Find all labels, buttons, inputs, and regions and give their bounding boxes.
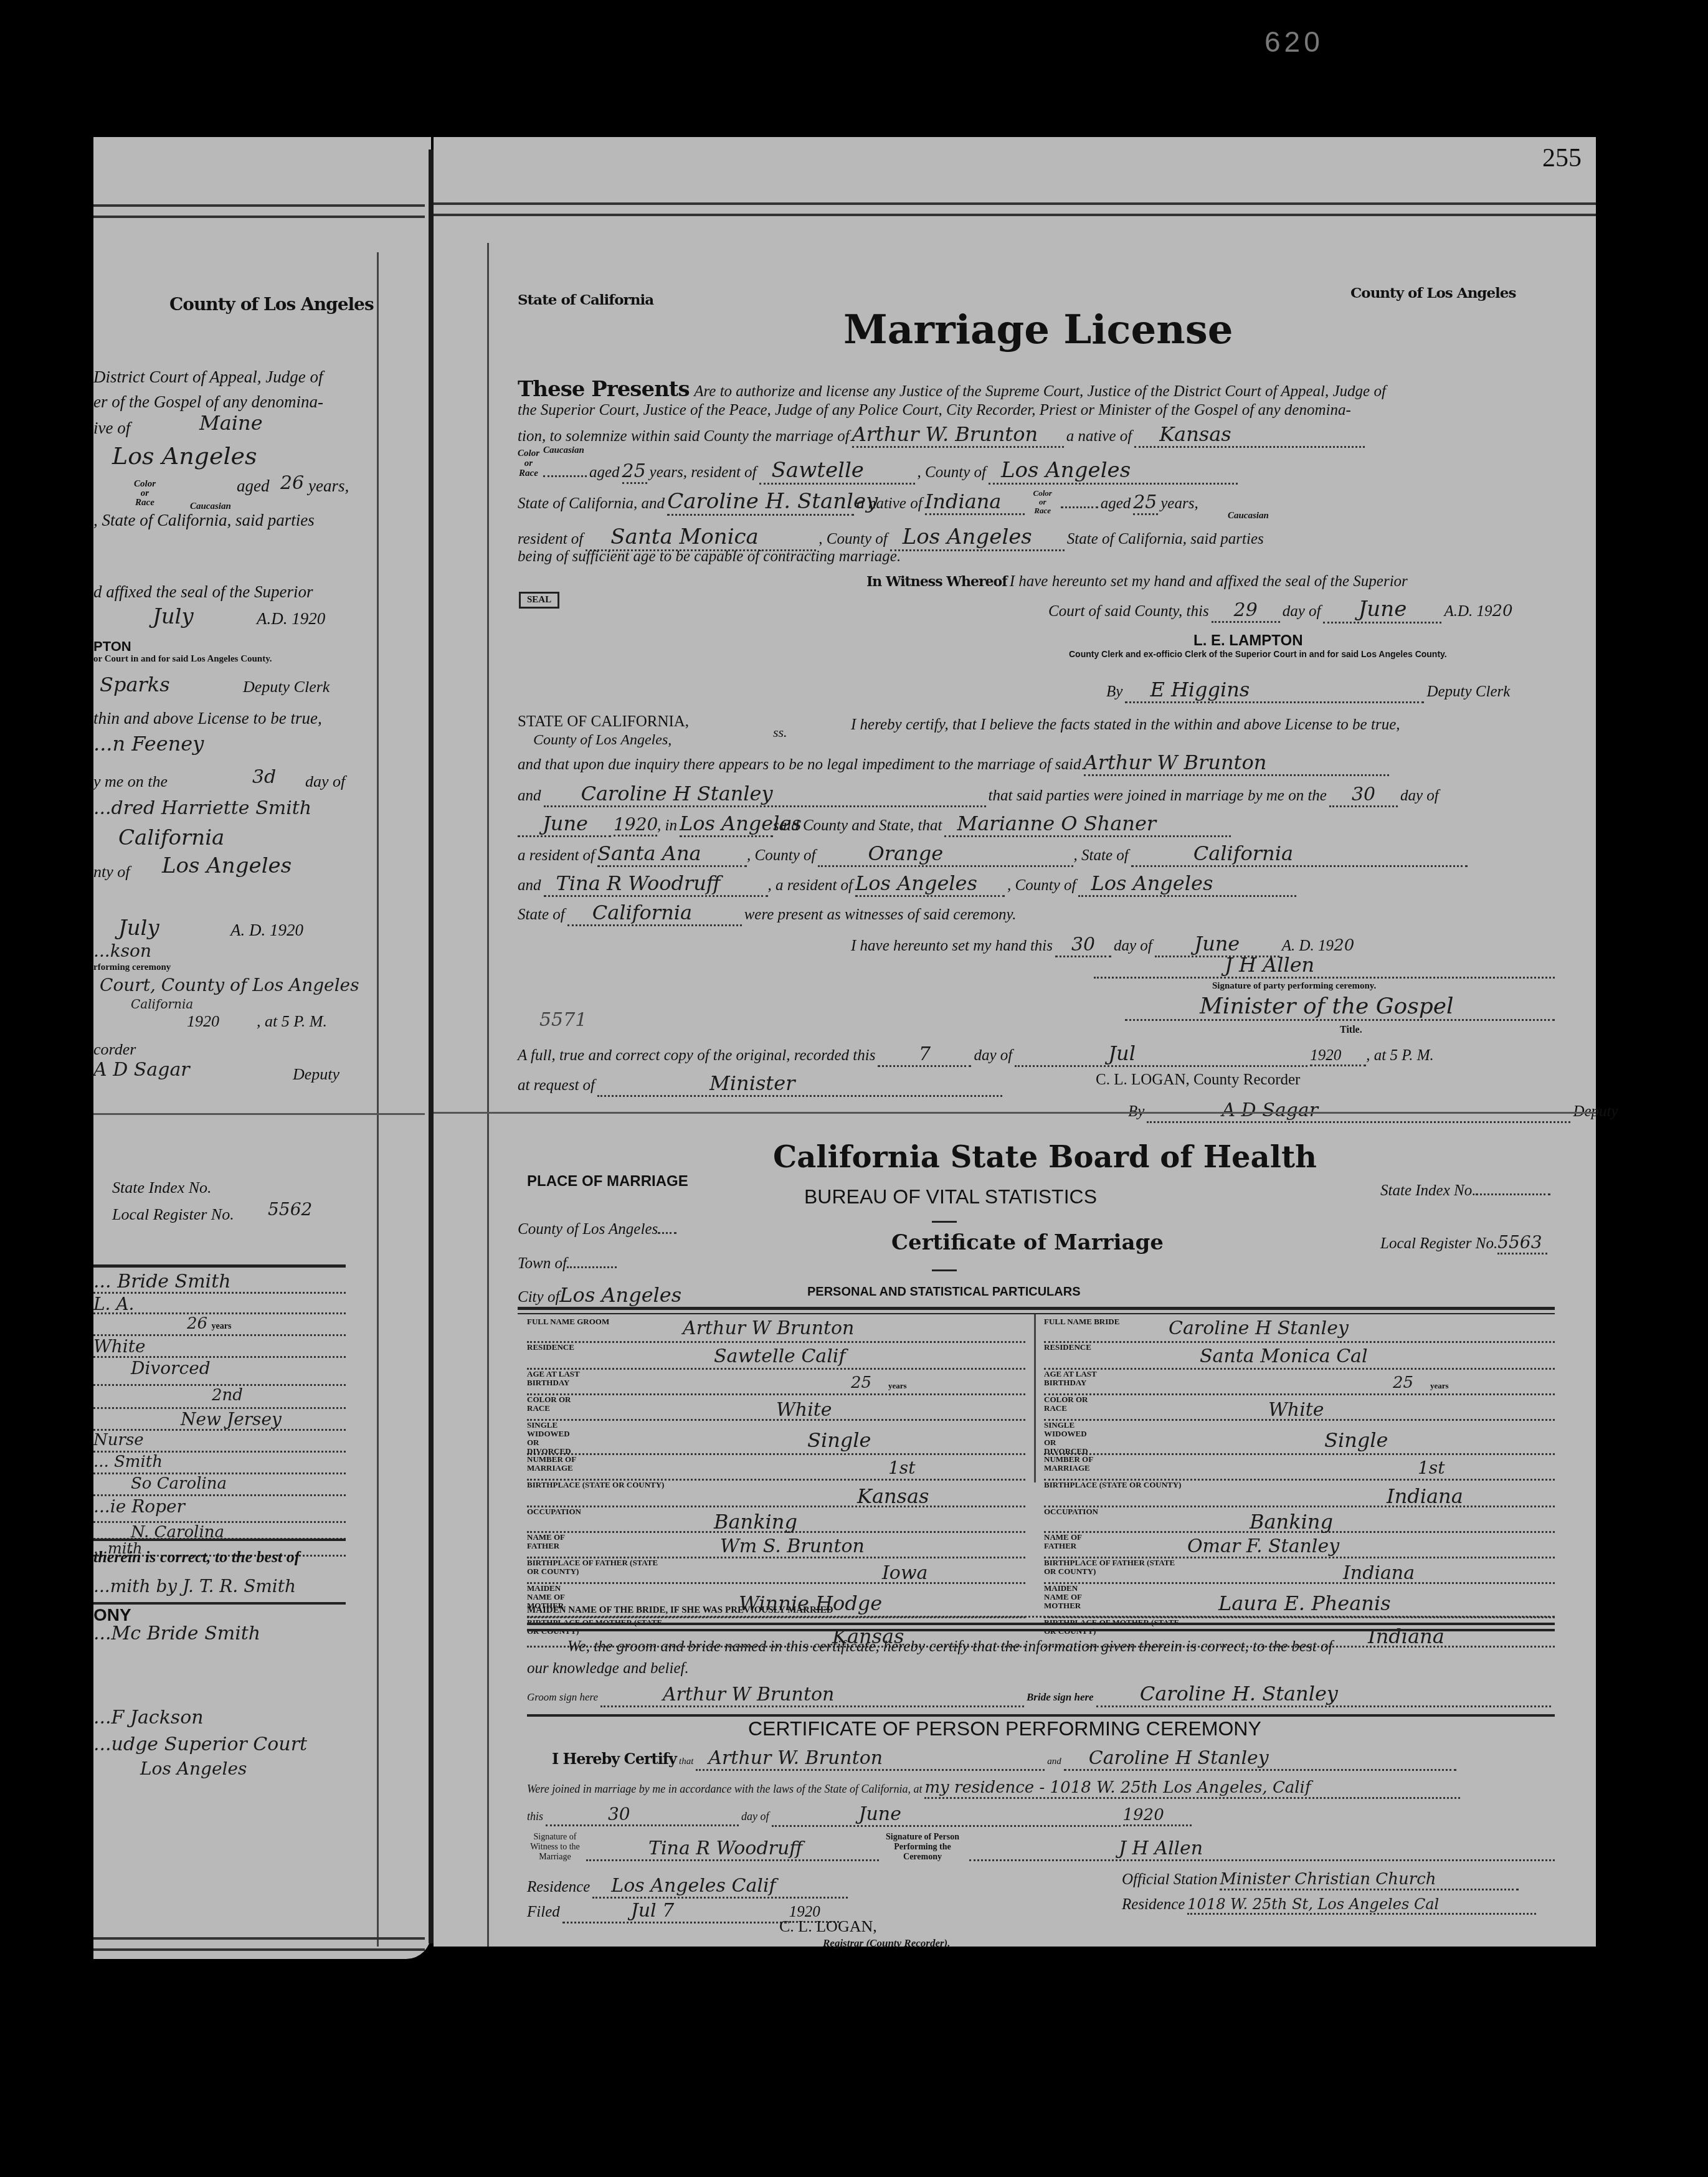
county-state-text: said County and State, that <box>773 817 942 834</box>
film-mark: 620 <box>1264 25 1324 59</box>
fragment-line: er of the Gospel of any denomina- <box>93 392 323 412</box>
field-value: 2nd <box>93 1386 346 1409</box>
fragment-line: District Court of Appeal, Judge of <box>93 368 323 387</box>
bride-name-field: Caroline H. Stanley <box>667 489 854 516</box>
witness-label: In Witness Whereof <box>866 574 1007 590</box>
color-race-label: ColororRace <box>518 448 539 478</box>
and-label: and <box>518 787 541 804</box>
intro-text: Are to authorize and license any Justice… <box>694 383 1386 400</box>
age-row: 26 years <box>93 1314 346 1336</box>
recorder-deputy-sig: A D Sagar <box>93 1059 190 1081</box>
deputy-signature: Sparks <box>100 673 170 696</box>
bride-father-row: NAME OF FATHER Omar F. Stanley <box>1044 1533 1555 1558</box>
field-value: ... Smith <box>93 1453 346 1474</box>
field-value: Banking <box>714 1510 797 1534</box>
margin-line <box>377 252 379 1947</box>
fragment-line: , State of California, said parties <box>93 511 315 530</box>
request-line: at request of Minister <box>518 1071 1002 1097</box>
official-station-line: Official Station Minister Christian Chur… <box>1122 1870 1519 1890</box>
groom-residence-row: RESIDENCE Sawtelle Calif <box>527 1343 1025 1370</box>
state-label: STATE OF CALIFORNIA, <box>518 713 689 731</box>
years-label: years, <box>308 477 349 496</box>
joined-text: that said parties were joined in marriag… <box>989 787 1327 804</box>
maiden-name-field: MAIDEN NAME OF THE BRIDE, IF SHE WAS PRE… <box>527 1605 1555 1618</box>
day-of-label: day of <box>1283 603 1321 620</box>
field-value: So Carolina <box>93 1474 346 1496</box>
intro-line-3: tion, to solemnize within said County th… <box>518 422 1365 448</box>
age-value: 26 <box>280 472 304 494</box>
seal-box: SEAL <box>519 592 559 609</box>
groom-age-field: 25 <box>622 460 647 484</box>
bride-native-field: Indiana <box>925 490 1025 515</box>
groom-details-line: aged 25 years, resident of Sawtelle , Co… <box>543 458 1238 485</box>
and-label: and <box>518 877 541 894</box>
color-race-label: ColororRace <box>1027 489 1058 515</box>
title-label: Title. <box>1340 1025 1362 1036</box>
intro-text: tion, to solemnize within said County th… <box>518 428 850 445</box>
state-index-label: State Index No. <box>112 1179 212 1197</box>
deputy-label: Deputy Clerk <box>1426 683 1510 700</box>
and-label: and <box>1047 1757 1061 1767</box>
column-divider <box>1034 1314 1036 1482</box>
witness1-city-field: Santa Ana <box>597 842 747 867</box>
month-value: July <box>153 604 194 629</box>
field-label: COLOR OR RACE <box>1044 1395 1100 1413</box>
bureau-label: BUREAU OF VITAL STATISTICS <box>804 1185 1097 1208</box>
state-of-label: , State of <box>1073 847 1128 864</box>
fragment-line: thin and above License to be true, <box>93 709 322 728</box>
hereby-certify-line: I Hereby Certify that Arthur W. Brunton … <box>552 1747 1456 1771</box>
recorded-day-field: 7 <box>878 1043 971 1067</box>
cert-title: Certificate of Marriage <box>891 1230 1164 1255</box>
particulars-label: PERSONAL AND STATISTICAL PARTICULARS <box>807 1285 1081 1299</box>
years-label: years <box>212 1322 232 1331</box>
handwritten-value: Maine <box>199 411 263 435</box>
groom-marriage-number-row: NUMBER OF MARRIAGE 1st <box>527 1455 1025 1481</box>
field-label: AGE AT LAST BIRTHDAY <box>1044 1370 1113 1387</box>
ceremony-date-line: this 30 day of June 1920 <box>527 1803 1192 1827</box>
intro-line-1: These Presents Are to authorize and lice… <box>518 377 1386 402</box>
in-label: , in <box>657 817 677 834</box>
state-and-label: State of California, and <box>518 495 665 512</box>
board-title: California State Board of Health <box>773 1140 1317 1175</box>
color-race-label: ColororRace <box>134 480 156 508</box>
recorded-year: 1920 <box>187 1012 219 1031</box>
field-label: SINGLE WIDOWED OR DIVORCED <box>1044 1421 1100 1456</box>
years-label: years <box>1430 1381 1449 1391</box>
county-of-label: , County of <box>747 847 815 864</box>
certify-line-5: a resident of Santa Ana, County of Orang… <box>518 842 1468 867</box>
this-label: this <box>527 1810 543 1823</box>
aged-label: aged <box>237 477 269 496</box>
table-top-rule <box>518 1313 1555 1314</box>
top-rule <box>434 202 1596 216</box>
ad-year: A. D. 1920 <box>230 921 303 940</box>
official-station: ...udge Superior Court <box>93 1734 307 1755</box>
bride-age-row: AGE AT LAST BIRTHDAY 25 years <box>1044 1370 1555 1395</box>
clerk-name: L. E. LAMPTON <box>1193 632 1303 650</box>
right-page: 255 State of California County of Los An… <box>434 137 1596 1947</box>
clerk-title: County Clerk and ex-officio Clerk of the… <box>1069 649 1447 659</box>
official-station-field: Minister Christian Church <box>1220 1870 1519 1890</box>
local-register-value: 5563 <box>1497 1232 1547 1255</box>
sufficient-age-text: being of sufficient age to be capable of… <box>518 548 901 566</box>
field-label: NUMBER OF MARRIAGE <box>527 1455 583 1473</box>
field-value: Sawtelle Calif <box>714 1345 846 1367</box>
certify-line-2: and that upon due inquiry there appears … <box>518 751 1389 776</box>
performer-residence-label: Residence <box>1122 1896 1185 1913</box>
cer-month-field: June <box>772 1803 1121 1827</box>
performer-signature-field[interactable]: J H Allen <box>969 1838 1555 1861</box>
local-register-value: 5562 <box>268 1199 312 1220</box>
issue-date-line: Court of said County, this 29 day of Jun… <box>1048 597 1513 624</box>
issue-year-field: 20 <box>1492 602 1513 620</box>
witness1-state-field: California <box>1131 842 1468 867</box>
field-value: Single <box>1324 1428 1388 1452</box>
month-field: June <box>518 812 611 837</box>
day-of-label: day of <box>1114 937 1152 954</box>
field-label: BIRTHPLACE OF MOTHER (State or County) <box>527 1618 670 1636</box>
native-of-label: a native of <box>1066 428 1132 445</box>
performer-residence-field: 1018 W. 25th St, Los Angeles Cal <box>1187 1895 1536 1915</box>
field-value: N. Carolina <box>93 1523 346 1540</box>
groom-residence-field: Sawtelle <box>759 458 915 485</box>
bride-full-name-row: FULL NAME BRIDE Caroline H Stanley <box>1044 1317 1555 1343</box>
recorder-label: C. L. LOGAN, County Recorder <box>1096 1071 1300 1089</box>
registrar-name: C. L. LOGAN, <box>779 1917 877 1936</box>
groom-sign-label: Groom sign here <box>527 1691 598 1703</box>
ceremony-title: CERTIFICATE OF PERSON PERFORMING CEREMON… <box>748 1717 1261 1740</box>
recorder-label: corder <box>93 1040 136 1059</box>
years-resident-label: years, resident of <box>650 464 757 481</box>
groom-occupation-row: OCCUPATION Banking <box>527 1507 1025 1533</box>
day-of-label: day of <box>974 1047 1012 1064</box>
field-value: Wm S. Brunton <box>720 1535 865 1557</box>
hand-text: I have hereunto set my hand this <box>851 937 1053 954</box>
place-field: Los Angeles <box>680 812 773 837</box>
county-of-label: , County of <box>1007 877 1076 894</box>
hand-year-field: 20 <box>1334 936 1354 955</box>
county-header: County of Los Angeles <box>169 294 374 315</box>
field-value: L. A. <box>93 1294 346 1314</box>
performer-residence-line: Residence 1018 W. 25th St, Los Angeles C… <box>1122 1895 1536 1915</box>
handwritten-value: ...Mc Bride Smith <box>93 1623 260 1644</box>
performing-label: rforming ceremony <box>93 962 171 973</box>
bride-marital-row: SINGLE WIDOWED OR DIVORCED Single <box>1044 1421 1555 1455</box>
witness2-city-field: Los Angeles <box>855 871 1005 897</box>
day-value: 3d <box>252 766 276 788</box>
table-top-rule <box>518 1307 1555 1310</box>
field-value: Caroline H Stanley <box>1169 1317 1349 1339</box>
bride-residence-field: Santa Monica <box>586 524 816 551</box>
field-label: BIRTHPLACE OF FATHER (State or County) <box>527 1558 670 1576</box>
filed-date-field: Jul 7 <box>562 1900 787 1923</box>
handwritten-value: California <box>131 997 193 1012</box>
witness1-county-field: Orange <box>818 842 1073 867</box>
day-of-label: day of <box>741 1810 769 1823</box>
field-value: Single <box>807 1428 871 1452</box>
resident-of-label: resident of <box>518 531 583 548</box>
field-value: Indiana <box>1343 1562 1415 1584</box>
rule <box>93 1602 346 1605</box>
witness-residence-field: Los Angeles Calif <box>592 1875 848 1899</box>
state-parties-label: State of California, said parties <box>1067 531 1264 548</box>
sign-line: Groom sign here Arthur W Brunton Bride s… <box>527 1682 1551 1707</box>
cer-day-field: 30 <box>546 1804 739 1826</box>
field-label: BIRTHPLACE (State or County) <box>1044 1481 1555 1489</box>
recorded-text: A full, true and correct copy of the ori… <box>518 1047 875 1064</box>
county-of-label: , County of <box>818 531 887 548</box>
field-value: Kansas <box>857 1484 929 1508</box>
resident-of-label: a resident of <box>518 847 595 864</box>
field-value: White <box>93 1336 346 1358</box>
ad-label: A. D. 19 <box>1282 937 1334 954</box>
certify-line-7: State of California were present as witn… <box>518 901 1016 926</box>
table-bottom-rule <box>93 1539 346 1541</box>
witness-sig-label: Signature of Witness to the Marriage <box>527 1833 583 1862</box>
deputy-label: Deputy Clerk <box>243 678 330 696</box>
divider <box>932 1269 957 1271</box>
field-value: Omar F. Stanley <box>1187 1535 1339 1557</box>
local-register-label: Local Register No.5563 <box>1380 1232 1547 1255</box>
field-value: White <box>776 1399 832 1421</box>
day-of-label: day of <box>1400 787 1439 804</box>
bride-fields-fragment: ... Bride Smith L. A. 26 years White Div… <box>93 1271 346 1557</box>
page-number: 255 <box>1542 143 1582 173</box>
field-value: 1st <box>888 1458 915 1478</box>
bride-occupation-row: OCCUPATION Banking <box>1044 1507 1555 1533</box>
bride-field: Caroline H Stanley <box>544 782 986 807</box>
field-label: NUMBER OF MARRIAGE <box>1044 1455 1100 1473</box>
top-rule <box>93 204 425 218</box>
record-number: 5571 <box>539 1009 587 1031</box>
residence-label: Residence <box>527 1879 590 1895</box>
witnesses-text: were present as witnesses of said ceremo… <box>744 906 1017 923</box>
recorded-time: , at 5 P. M. <box>1366 1047 1434 1064</box>
court-text: Court of said County, this <box>1048 603 1209 620</box>
groom-name-field: Arthur W. Brunton <box>852 422 1064 448</box>
groom-race-row: COLOR OR RACE White <box>527 1395 1025 1421</box>
official-station-label: Official Station <box>1122 1871 1217 1888</box>
cer-bride-field: Caroline H Stanley <box>1064 1747 1456 1771</box>
witness1-field: Marianne O Shaner <box>944 812 1231 837</box>
section-divider <box>434 1112 1596 1114</box>
recorder-deputy-field: A D Sagar <box>1147 1099 1570 1123</box>
state-index-label: State Index No. <box>1380 1182 1550 1200</box>
maiden-label: MAIDEN NAME OF THE BRIDE, IF SHE WAS PRE… <box>527 1605 833 1615</box>
city-label: City ofLos Angeles <box>518 1283 615 1309</box>
bride-birthplace-row: BIRTHPLACE (State or County) Indiana <box>1044 1481 1555 1507</box>
county-label: County of Los Angeles, <box>533 732 671 749</box>
resident-of-label: , a resident of <box>768 877 853 894</box>
hereby-certify-label: I Hereby Certify <box>552 1750 676 1768</box>
station-city: Los Angeles <box>140 1758 247 1779</box>
groom-father-row: NAME OF FATHER Wm S. Brunton <box>527 1533 1025 1558</box>
certify-line-4: June 1920, in Los Angelessaid County and… <box>518 812 1231 837</box>
ss-label: ss. <box>773 724 787 741</box>
field-value: New Jersey <box>93 1409 346 1431</box>
caucasian-label: Caucasian <box>543 445 584 456</box>
place-label: PLACE OF MARRIAGE <box>527 1173 688 1190</box>
officiant-title-field: Minister of the Gospel <box>1125 994 1555 1021</box>
field-value: White <box>1268 1399 1324 1421</box>
signature-label: Signature of party performing ceremony. <box>1212 981 1376 992</box>
performer-sig-label: Signature of Person Performing the Cerem… <box>882 1833 963 1862</box>
field-label: AGE AT LAST BIRTHDAY <box>527 1370 595 1387</box>
years-label: years, <box>1160 495 1198 512</box>
witness-residence-line: Residence Los Angeles Calif <box>527 1875 848 1899</box>
ad-year: A.D. 1920 <box>257 609 325 628</box>
bride-county-field: Los Angeles <box>890 524 1065 551</box>
state-of-label: State of <box>518 906 565 923</box>
cer-year-field: 1920 <box>1123 1806 1192 1826</box>
native-of-label: a native of <box>856 495 923 512</box>
certify-text-2: our knowledge and belief. <box>527 1660 689 1677</box>
fragment-line: nty of <box>93 863 130 881</box>
bride-race-row: COLOR OR RACE White <box>1044 1395 1555 1421</box>
fragment-line: therein is correct, to the best of <box>93 1548 300 1567</box>
witness2-field: Tina R Woodruff <box>544 871 768 897</box>
field-value: ...ie Roper <box>93 1496 346 1523</box>
table-top-rule <box>93 1264 346 1268</box>
witness-signature-field[interactable]: Tina R Woodruff <box>586 1838 879 1861</box>
groom-field: Arthur W Brunton <box>1084 751 1389 776</box>
year-field: 1920 <box>614 814 657 837</box>
witness-line: In Witness Whereof I have hereunto set m… <box>866 573 1408 590</box>
field-label: BIRTHPLACE (State or County) <box>527 1481 1025 1489</box>
field-value: Santa Monica Cal <box>1200 1345 1368 1367</box>
bride-table: FULL NAME BRIDE Caroline H Stanley RESID… <box>1044 1317 1555 1648</box>
field-value: Nurse <box>93 1431 346 1453</box>
field-value: Indiana <box>1387 1484 1463 1508</box>
joined-place-field: my residence - 1018 W. 25th Los Angeles,… <box>924 1778 1460 1799</box>
fragment-line: d affixed the seal of the Superior <box>93 582 313 602</box>
witness2-state-field: California <box>567 901 742 926</box>
bride-residence-row: RESIDENCE Santa Monica Cal <box>1044 1343 1555 1370</box>
left-page: County of Los Angeles District Court of … <box>93 137 431 1959</box>
margin-line <box>487 243 489 1947</box>
registrar-title: Registrar (County Recorder). <box>823 1937 950 1950</box>
joined-text: Were joined in marriage by me in accorda… <box>527 1783 922 1795</box>
fragment-line: y me on the <box>93 772 168 791</box>
handwritten-value: Court, County of Los Angeles <box>100 975 359 995</box>
field-value: 26 <box>187 1314 207 1333</box>
field-label: COLOR OR RACE <box>527 1395 583 1413</box>
field-value: ... Bride Smith <box>93 1271 346 1294</box>
issue-month-field: June <box>1323 597 1441 624</box>
certify-line-6: and Tina R Woodruff, a resident of Los A… <box>518 871 1296 897</box>
town-label: Town of <box>518 1255 617 1273</box>
groom-marital-row: SINGLE WIDOWED OR DIVORCED Single <box>527 1421 1025 1455</box>
handwritten-value: ...dred Harriette Smith <box>93 797 311 819</box>
rule <box>527 1629 1555 1631</box>
county-header: County of Los Angeles <box>1350 285 1516 301</box>
bride-father-birthplace-row: BIRTHPLACE OF FATHER (State or County) I… <box>1044 1558 1555 1584</box>
rule <box>527 1623 1555 1625</box>
county-label: County of Los Angeles <box>518 1221 676 1238</box>
rule <box>527 1714 1555 1717</box>
aged-label: aged <box>1101 495 1131 512</box>
handwritten-value: ...n Feeney <box>93 732 204 756</box>
handwritten-value: Los Angeles <box>162 853 292 878</box>
bride-age-field: 25 <box>1133 491 1158 515</box>
field-label: SINGLE WIDOWED OR DIVORCED <box>527 1421 583 1456</box>
request-label: at request of <box>518 1077 595 1094</box>
handwritten-value: July <box>118 916 159 941</box>
filed-label: Filed <box>527 1904 560 1920</box>
field-value: Arthur W Brunton <box>683 1317 854 1339</box>
recorded-time: , at 5 P. M. <box>257 1012 327 1031</box>
request-field: Minister <box>597 1071 1002 1097</box>
field-value: Divorced <box>93 1358 346 1386</box>
field-value: Indiana <box>1368 1624 1445 1648</box>
clerk-title: or Court in and for said Los Angeles Cou… <box>93 654 272 665</box>
license-title: Marriage License <box>843 306 1233 353</box>
issue-day-field: 29 <box>1212 599 1280 623</box>
ad-label: A.D. 19 <box>1444 603 1492 620</box>
witness-text: I have hereunto set my hand and affixed … <box>1010 573 1408 590</box>
city-value: Los Angeles <box>559 1283 615 1309</box>
state-header: State of California <box>518 292 653 308</box>
caucasian-label: Caucasian <box>1228 511 1269 521</box>
aged-label: aged <box>589 464 620 481</box>
field-value: Iowa <box>882 1562 928 1584</box>
clerk-name: PTON <box>93 638 131 655</box>
years-label: years <box>888 1381 907 1391</box>
field-label: NAME OF FATHER <box>1044 1533 1100 1550</box>
officiant-name: ...F Jackson <box>93 1707 204 1729</box>
section-divider <box>93 1113 425 1115</box>
fragment-line: ive of <box>93 419 130 438</box>
that-label: that <box>679 1757 693 1767</box>
recorded-line: A full, true and correct copy of the ori… <box>518 1041 1434 1067</box>
bride-signature-field[interactable]: Caroline H. Stanley <box>1096 1682 1551 1707</box>
intro-line-2: the Superior Court, Justice of the Peace… <box>518 402 1351 419</box>
groom-native-field: Kansas <box>1134 422 1365 448</box>
field-label: BIRTHPLACE OF FATHER (State or County) <box>1044 1558 1187 1576</box>
groom-table: FULL NAME GROOM Arthur W Brunton RESIDEN… <box>527 1317 1025 1648</box>
certify-text: and that upon due inquiry there appears … <box>518 756 1081 773</box>
handwritten-value: ...kson <box>93 941 151 961</box>
groom-county-field: Los Angeles <box>989 458 1238 485</box>
groom-full-name-row: FULL NAME GROOM Arthur W Brunton <box>527 1317 1025 1343</box>
certify-line-3: and Caroline H Stanley that said parties… <box>518 782 1439 807</box>
field-label: NAME OF FATHER <box>527 1533 583 1550</box>
bride-signature: ...mith by J. T. R. Smith <box>93 1576 296 1596</box>
field-value: 1st <box>1418 1458 1445 1478</box>
certify-line-1: I hereby certify, that I believe the fac… <box>851 716 1400 734</box>
recorded-month-field: Jul <box>1015 1041 1307 1067</box>
bride-sign-label: Bride sign here <box>1027 1691 1094 1703</box>
certify-text-1: We, the groom and bride named in this ce… <box>567 1638 1332 1656</box>
cer-groom-field: Arthur W. Brunton <box>696 1747 1045 1771</box>
officiant-signature-field: J H Allen <box>1094 953 1555 979</box>
groom-birthplace-row: BIRTHPLACE (State or County) Kansas <box>527 1481 1025 1507</box>
deputy-signature-field: E Higgins <box>1125 678 1424 703</box>
divider <box>932 1221 957 1223</box>
joined-line: Were joined in marriage by me in accorda… <box>527 1778 1460 1799</box>
groom-age-row: AGE AT LAST BIRTHDAY 25 years <box>527 1370 1025 1395</box>
groom-signature-field[interactable]: Arthur W Brunton <box>600 1684 1024 1707</box>
recorder-deputy-line: By A D Sagar Deputy <box>1128 1099 1618 1123</box>
presents-label: These Presents <box>518 377 690 402</box>
groom-father-birthplace-row: BIRTHPLACE OF FATHER (State or County) I… <box>527 1558 1025 1584</box>
bride-residence-line: resident of Santa Monica , County of Los… <box>518 524 1264 551</box>
handwritten-value: California <box>118 825 224 850</box>
deputy-clerk-line: By E Higgins Deputy Clerk <box>1106 678 1510 703</box>
county-of-label: , County of <box>918 464 986 481</box>
field-value: 25 <box>1393 1373 1413 1392</box>
